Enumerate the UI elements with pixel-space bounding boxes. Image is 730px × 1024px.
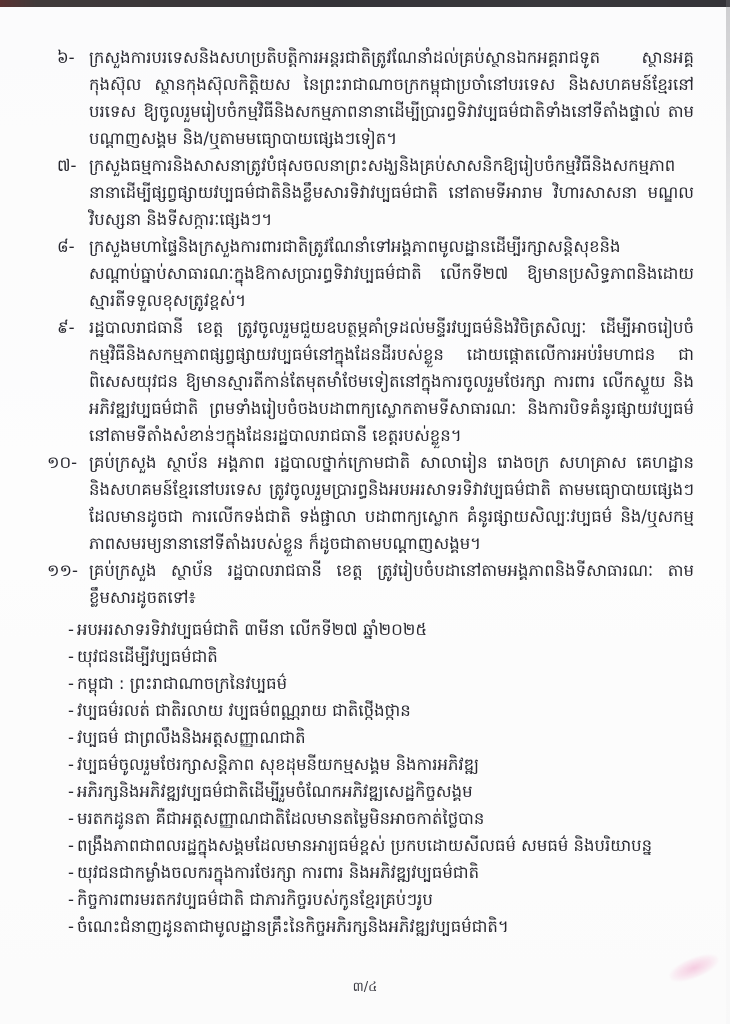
paragraph-number: ៩-	[47, 314, 89, 449]
paragraph-number: ១១-	[47, 557, 89, 611]
list-item: - អភិរក្សនិងអភិវឌ្ឍវប្បធម៌ជាតិដើម្បីរួមច…	[68, 778, 694, 805]
paragraph-6: ៦- ក្រសួងការបរទេសនិងសហប្រតិបត្តិការអន្តរ…	[47, 44, 694, 152]
paragraph-number: ១០-	[47, 449, 89, 557]
slogan-list: - អបអរសាទរទិវាវប្បធម៌ជាតិ ៣មីនា លើកទី២៧ …	[68, 616, 694, 940]
list-item-text: ចំណេះជំនាញដូនតាជាមូលដ្ឋានគ្រឹះនៃកិច្ចអភិ…	[77, 913, 694, 940]
paragraph-number: ៦-	[47, 44, 89, 152]
list-item-text: វប្បធម៌ ជាព្រលឹងនិងអត្តសញ្ញាណជាតិ	[77, 724, 694, 751]
dash-marker: -	[68, 859, 77, 886]
list-item-text: យុវជនជាកម្លាំងចលករក្នុងការថែរក្សា ការពារ…	[77, 859, 694, 886]
paragraph-number: ៧-	[47, 152, 89, 233]
dash-marker: -	[68, 643, 77, 670]
paragraph-text: គ្រប់ក្រសួង ស្ថាប័ន រដ្ឋបាលរាជធានី ខេត្ត…	[89, 557, 694, 611]
paragraph-number: ៨-	[47, 233, 89, 314]
list-item-text: វប្បធម៌ចូលរួមថែរក្សាសន្តិភាព សុខដុមនីយកម…	[77, 751, 694, 778]
list-item: - វប្បធម៌ចូលរួមថែរក្សាសន្តិភាព សុខដុមនីយ…	[68, 751, 694, 778]
scan-top-edge-shadow	[0, 0, 730, 7]
dash-marker: -	[68, 778, 77, 805]
paragraph-10: ១០- គ្រប់ក្រសួង ស្ថាប័ន អង្គភាព រដ្ឋបាលថ…	[47, 449, 694, 557]
list-item: - អបអរសាទរទិវាវប្បធម៌ជាតិ ៣មីនា លើកទី២៧ …	[68, 616, 694, 643]
list-item: - កម្ពុជា : ព្រះរាជាណាចក្រនៃវប្បធម៌	[68, 670, 694, 697]
list-item: - ចំណេះជំនាញដូនតាជាមូលដ្ឋានគ្រឹះនៃកិច្ចអ…	[68, 913, 694, 940]
dash-marker: -	[68, 697, 77, 724]
list-item-text: កិច្ចការពារមរតកវប្បធម៌ជាតិ ជាភារកិច្ចរបស…	[77, 886, 694, 913]
paragraph-text: គ្រប់ក្រសួង ស្ថាប័ន អង្គភាព រដ្ឋបាលថ្នាក…	[89, 449, 694, 557]
dash-marker: -	[68, 886, 77, 913]
paragraph-11: ១១- គ្រប់ក្រសួង ស្ថាប័ន រដ្ឋបាលរាជធានី ខ…	[47, 557, 694, 611]
list-item: - យុវជនដើម្បីវប្បធម៌ជាតិ	[68, 643, 694, 670]
list-item-text: ពង្រឹងភាពជាពលរដ្ឋក្នុងសង្គមដែលមានអារ្យធម…	[77, 832, 694, 859]
paragraph-text: រដ្ឋបាលរាជធានី ខេត្ត ត្រូវចូលរួមជួយឧបត្ថ…	[89, 314, 694, 449]
dash-marker: -	[68, 751, 77, 778]
page-number: ៣/៤	[0, 979, 730, 998]
paragraph-9: ៩- រដ្ឋបាលរាជធានី ខេត្ត ត្រូវចូលរួមជួយឧប…	[47, 314, 694, 449]
paragraph-text: ក្រសួងមហាផ្ទៃនិងក្រសួងការពារជាតិត្រូវណែន…	[89, 233, 694, 314]
paragraph-text: ក្រសួងការបរទេសនិងសហប្រតិបត្តិការអន្តរជាត…	[89, 44, 694, 152]
list-item-text: អភិរក្សនិងអភិវឌ្ឍវប្បធម៌ជាតិដើម្បីរួមចំណ…	[77, 778, 694, 805]
paragraph-8: ៨- ក្រសួងមហាផ្ទៃនិងក្រសួងការពារជាតិត្រូវ…	[47, 233, 694, 314]
dash-marker: -	[68, 832, 77, 859]
list-item-text: មរតកដូនតា គឺជាអត្តសញ្ញាណជាតិដែលមានតម្លៃម…	[77, 805, 694, 832]
scanned-document-page: ៦- ក្រសួងការបរទេសនិងសហប្រតិបត្តិការអន្តរ…	[0, 0, 730, 1024]
list-item: - ពង្រឹងភាពជាពលរដ្ឋក្នុងសង្គមដែលមានអារ្យ…	[68, 832, 694, 859]
list-item-text: អបអរសាទរទិវាវប្បធម៌ជាតិ ៣មីនា លើកទី២៧ ឆ្…	[77, 616, 694, 643]
list-item: - មរតកដូនតា គឺជាអត្តសញ្ញាណជាតិដែលមានតម្ល…	[68, 805, 694, 832]
list-item-text: យុវជនដើម្បីវប្បធម៌ជាតិ	[77, 643, 694, 670]
dash-marker: -	[68, 616, 77, 643]
dash-marker: -	[68, 670, 77, 697]
list-item-text: កម្ពុជា : ព្រះរាជាណាចក្រនៃវប្បធម៌	[77, 670, 694, 697]
list-item: - វប្បធម៌ ជាព្រលឹងនិងអត្តសញ្ញាណជាតិ	[68, 724, 694, 751]
list-item: - វប្បធម៌រលត់ ជាតិរលាយ វប្បធម៌ពណ្ណរាយ ជា…	[68, 697, 694, 724]
list-item-text: វប្បធម៌រលត់ ជាតិរលាយ វប្បធម៌ពណ្ណរាយ ជាតិ…	[77, 697, 694, 724]
dash-marker: -	[68, 913, 77, 940]
document-body: ៦- ក្រសួងការបរទេសនិងសហប្រតិបត្តិការអន្តរ…	[0, 44, 730, 940]
list-item: - យុវជនជាកម្លាំងចលករក្នុងការថែរក្សា ការព…	[68, 859, 694, 886]
paragraph-text: ក្រសួងធម្មការនិងសាសនាត្រូវបំផុសចលនាព្រះស…	[89, 152, 694, 233]
dash-marker: -	[68, 724, 77, 751]
paragraph-7: ៧- ក្រសួងធម្មការនិងសាសនាត្រូវបំផុសចលនាព្…	[47, 152, 694, 233]
dash-marker: -	[68, 805, 77, 832]
list-item: - កិច្ចការពារមរតកវប្បធម៌ជាតិ ជាភារកិច្ចរ…	[68, 886, 694, 913]
